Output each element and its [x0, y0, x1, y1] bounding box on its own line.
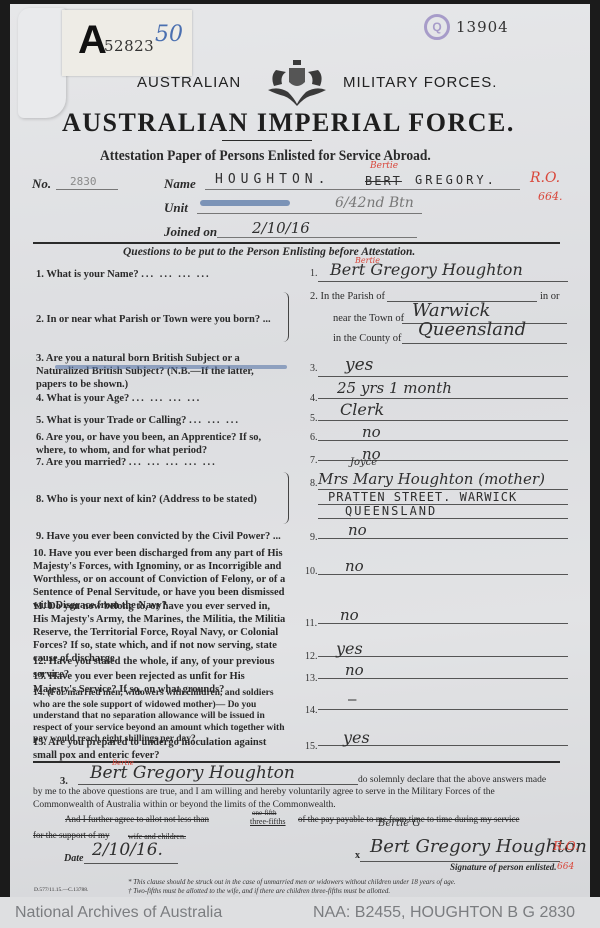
date-label: Date [64, 853, 83, 864]
stamp-number: 13904 [456, 18, 509, 36]
no-line [56, 189, 118, 190]
answer-1-correction: Bertie [355, 256, 380, 265]
question-6: 6. Are you, or have you been, an Apprent… [36, 431, 286, 457]
signature-correction: Bertie G [378, 818, 420, 829]
question-5: 5. What is your Trade or Calling? ... ..… [36, 414, 286, 427]
answer-12: yes [336, 639, 363, 658]
declaration-text-3: Commonwealth of Australia within or beyo… [33, 799, 336, 812]
answer-2-town-label: near the Town of [333, 312, 404, 325]
unit-value: 6/42nd Btn [335, 195, 414, 211]
question-9: 9. Have you ever been convicted by the C… [36, 530, 286, 543]
answer-num-10: 10. [305, 566, 318, 577]
unit-scribble [200, 200, 290, 206]
name-label: Name [164, 176, 196, 192]
answer-num-3: 3. [310, 363, 318, 374]
signature-note-664: 664 [557, 862, 574, 872]
allotment-struck-1: And I further agree to allot not less th… [65, 813, 209, 826]
name-line [205, 189, 520, 190]
question-4: 4. What is your Age? ... ... ... ... [36, 392, 286, 405]
question-15: 15. Are you prepared to undergo inoculat… [33, 736, 286, 762]
title-underline [222, 140, 312, 141]
answer-8-line2: PRATTEN STREET. WARWICK [328, 490, 517, 504]
answer-2-in-or: in or [540, 290, 560, 303]
answer-2-county: Queensland [418, 319, 526, 340]
footer-archive-name: National Archives of Australia [15, 904, 222, 922]
answer-num-4: 4. [310, 393, 318, 404]
question-8: 8. Who is your next of kin? (Address to … [36, 493, 286, 506]
question-1: 1. What is your Name? ... ... ... ... [36, 268, 286, 281]
answer-num-5: 5. [310, 413, 318, 424]
answer-13: no [345, 661, 364, 679]
question-3: 3. Are you a natural born British Subjec… [36, 352, 286, 391]
tag-letter: A [78, 18, 107, 63]
answer-4: 25 yrs 1 month [337, 379, 452, 397]
margin-note-ro: R.O. [530, 170, 560, 186]
allotment-fraction: three-fifths [250, 815, 286, 828]
answer-num-15: 15. [305, 741, 318, 752]
margin-note-664: 664. [538, 190, 563, 203]
question-2: 2. In or near what Parish or Town were y… [36, 313, 286, 326]
brace-2 [283, 292, 289, 342]
answer-line-14 [318, 708, 568, 710]
name-surname: HOUGHTON. [215, 172, 330, 187]
answer-line-2c [402, 342, 567, 344]
joined-value: 2/10/16 [252, 219, 310, 237]
joined-label: Joined on [164, 224, 217, 240]
answer-2-county-label: in the County of [333, 332, 402, 345]
answer-line-1 [318, 280, 568, 282]
name-correction: Bertie [370, 161, 398, 171]
stamp-q-icon: Q [424, 14, 450, 40]
print-code: D.577/11.15.—C.13788. [34, 887, 88, 893]
answer-8-line1: Mrs Mary Houghton (mother) [318, 470, 545, 488]
answer-11: no [340, 606, 359, 624]
answer-3: yes [345, 355, 373, 375]
answer-2-parish-label: 2. In the Parish of [310, 290, 385, 303]
brace-8 [283, 472, 289, 524]
unit-line [197, 213, 422, 214]
no-label: No. [32, 176, 51, 192]
unit-label: Unit [164, 200, 188, 216]
answer-6: no [362, 423, 381, 441]
name-struck: BERT [365, 174, 402, 188]
date-line [84, 862, 178, 864]
answer-5: Clerk [340, 400, 384, 419]
question-7: 7. Are you married? ... ... ... ... ... [36, 456, 286, 469]
answer-9: no [348, 521, 367, 539]
answer-8-insert: Joyce [350, 457, 377, 468]
answer-8-line3: QUEENSLAND [345, 504, 437, 518]
answer-num-12: 12. [305, 651, 318, 662]
answer-num-6: 6. [310, 432, 318, 443]
answer-num-14: 14. [305, 705, 318, 716]
coat-of-arms-icon [262, 56, 332, 108]
date-value: 2/10/16. [92, 840, 163, 860]
declaration-name-correction: Bertie [112, 759, 134, 767]
answer-2-town: Warwick [412, 300, 490, 321]
answer-14: — [348, 692, 356, 708]
answer-num-11: 11. [305, 618, 317, 629]
tag-string-fold [18, 8, 66, 118]
answer-num-1: 1. [310, 268, 318, 279]
signature-label: Signature of person enlisted. [450, 862, 557, 872]
no-value: 2830 [70, 175, 97, 188]
answer-15: yes [343, 728, 370, 747]
document-title: AUSTRALIAN IMPERIAL FORCE. [62, 108, 515, 138]
footnote-2: † Two-fifths must be allotted to the wif… [128, 887, 390, 895]
answer-num-9: 9. [310, 532, 318, 543]
footnote-1: * This clause should be struck out in th… [128, 878, 456, 886]
tag-handwritten-suffix: 50 [155, 22, 183, 47]
answer-line-6 [318, 439, 568, 441]
header-right: MILITARY FORCES. [343, 74, 497, 91]
section-rule [33, 242, 560, 244]
answer-line-4 [318, 397, 568, 399]
answer-line-3 [318, 375, 568, 377]
tag-number: 52823 [104, 37, 154, 55]
header-left: AUSTRALIAN [137, 74, 241, 91]
answer-line-5 [318, 419, 568, 421]
name-given: GREGORY. [415, 173, 497, 187]
question-3-scribble [55, 365, 287, 369]
joined-line [217, 237, 417, 238]
declaration-name-line [78, 783, 358, 785]
declaration-text-2: by me to the above questions are true, a… [33, 786, 563, 799]
answer-num-13: 13. [305, 673, 318, 684]
answer-line-8c [318, 517, 568, 519]
signature-note-ro: R.O. [553, 839, 579, 853]
answer-10: no [345, 557, 364, 575]
footer-citation: NAA: B2455, HOUGHTON B G 2830 [313, 904, 575, 922]
answer-num-7: 7. [310, 455, 318, 466]
answer-num-8: 8. [310, 478, 318, 489]
